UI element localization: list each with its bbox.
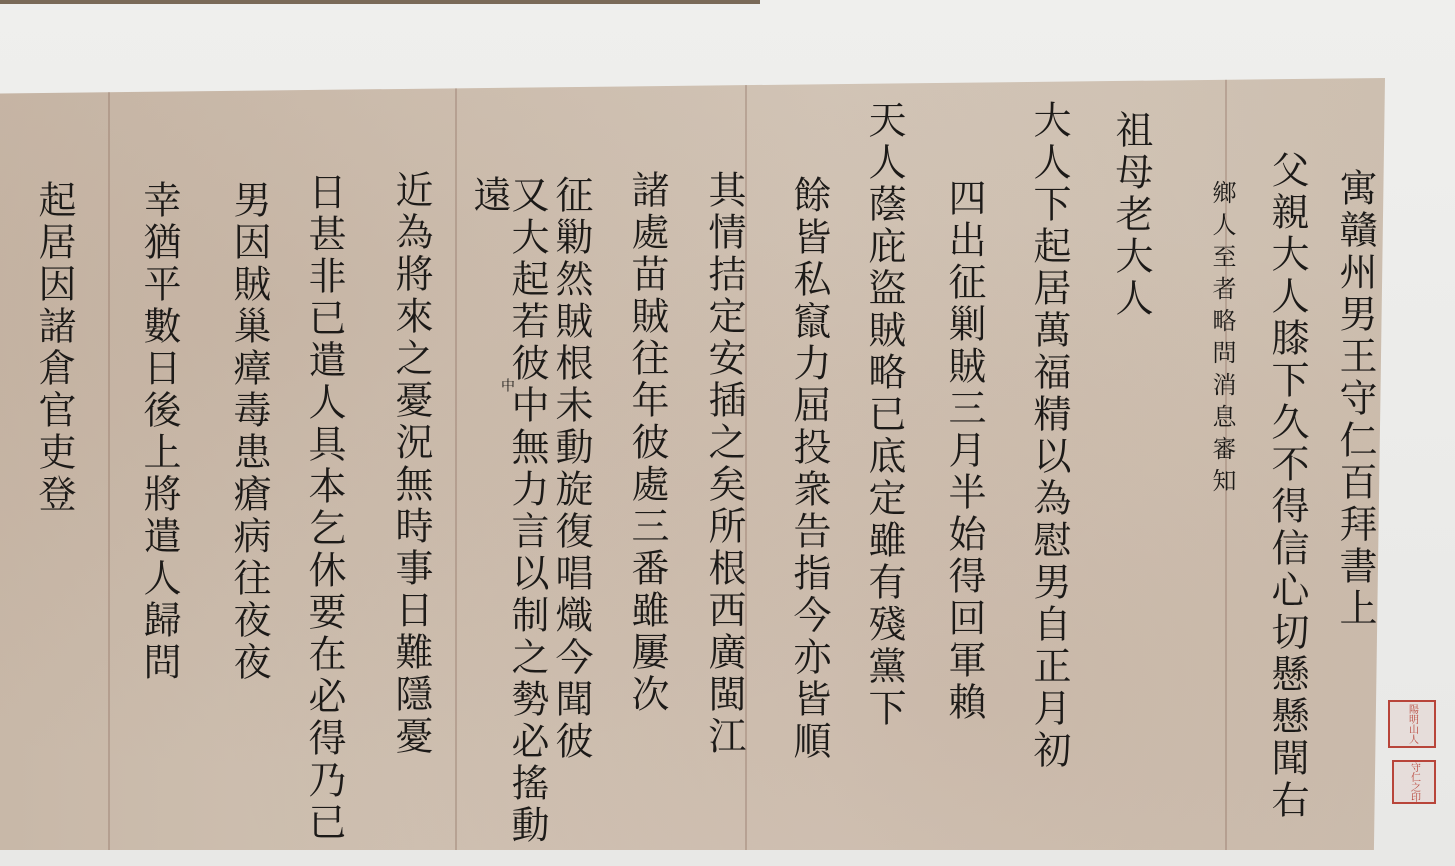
calligraphy-column-17: 起居因諸倉官吏登 (35, 180, 73, 516)
calligraphy-column-3: 鄉人至者略問消息審知 (1210, 180, 1234, 500)
calligraphy-column-7: 天人蔭庇盜賊略已底定雖有殘黨下 (865, 100, 903, 730)
calligraphy-column-2: 父親大人膝下久不得信心切懸懸聞右 (1268, 150, 1306, 822)
calligraphy-column-4: 祖母老大人 (1112, 110, 1150, 320)
seal-label: 陽明山人 (1405, 704, 1420, 744)
calligraphy-column-5: 大人下起居萬福精以為慰男自正月初 (1030, 100, 1068, 772)
top-edge (0, 0, 760, 4)
calligraphy-column-13: 近為將來之憂況無時事日難隱憂 (392, 170, 430, 758)
calligraphy-column-10: 諸處苗賊往年彼處三番雖屢次 (628, 170, 666, 716)
scroll-paper (0, 78, 1385, 850)
calligraphy-column-15: 男因賊巢瘴毒患瘡病往夜夜 (230, 180, 268, 684)
seal-label: 守仁之印 (1407, 762, 1422, 802)
paper-fold (108, 78, 110, 850)
calligraphy-column-6: 四出征剿賊三月半始得回軍賴 (945, 178, 983, 724)
margin-note: 中 (500, 378, 514, 400)
seal-stamp-lower: 守仁之印 (1392, 760, 1436, 804)
calligraphy-column-16: 幸猶平數日後上將遣人歸問 (140, 180, 178, 684)
calligraphy-column-1: 寓贛州男王守仁百拜書上 (1336, 168, 1374, 630)
paper-fold (455, 78, 457, 850)
seal-stamp-upper: 陽明山人 (1388, 700, 1436, 748)
calligraphy-column-14: 日甚非已遣人具本乞休要在必得乃已 (305, 172, 343, 844)
calligraphy-column-11: 征勦然賊根未動旋復唱熾今聞彼 (552, 175, 590, 763)
calligraphy-column-8: 餘皆私竄力屈投衆告指今亦皆順 (790, 175, 828, 763)
calligraphy-column-12: 又大起若彼中無力言以制之勢必搖動遠 (470, 175, 546, 866)
calligraphy-column-9: 其情拮定安插之矣所根西廣閩江 (705, 170, 743, 758)
